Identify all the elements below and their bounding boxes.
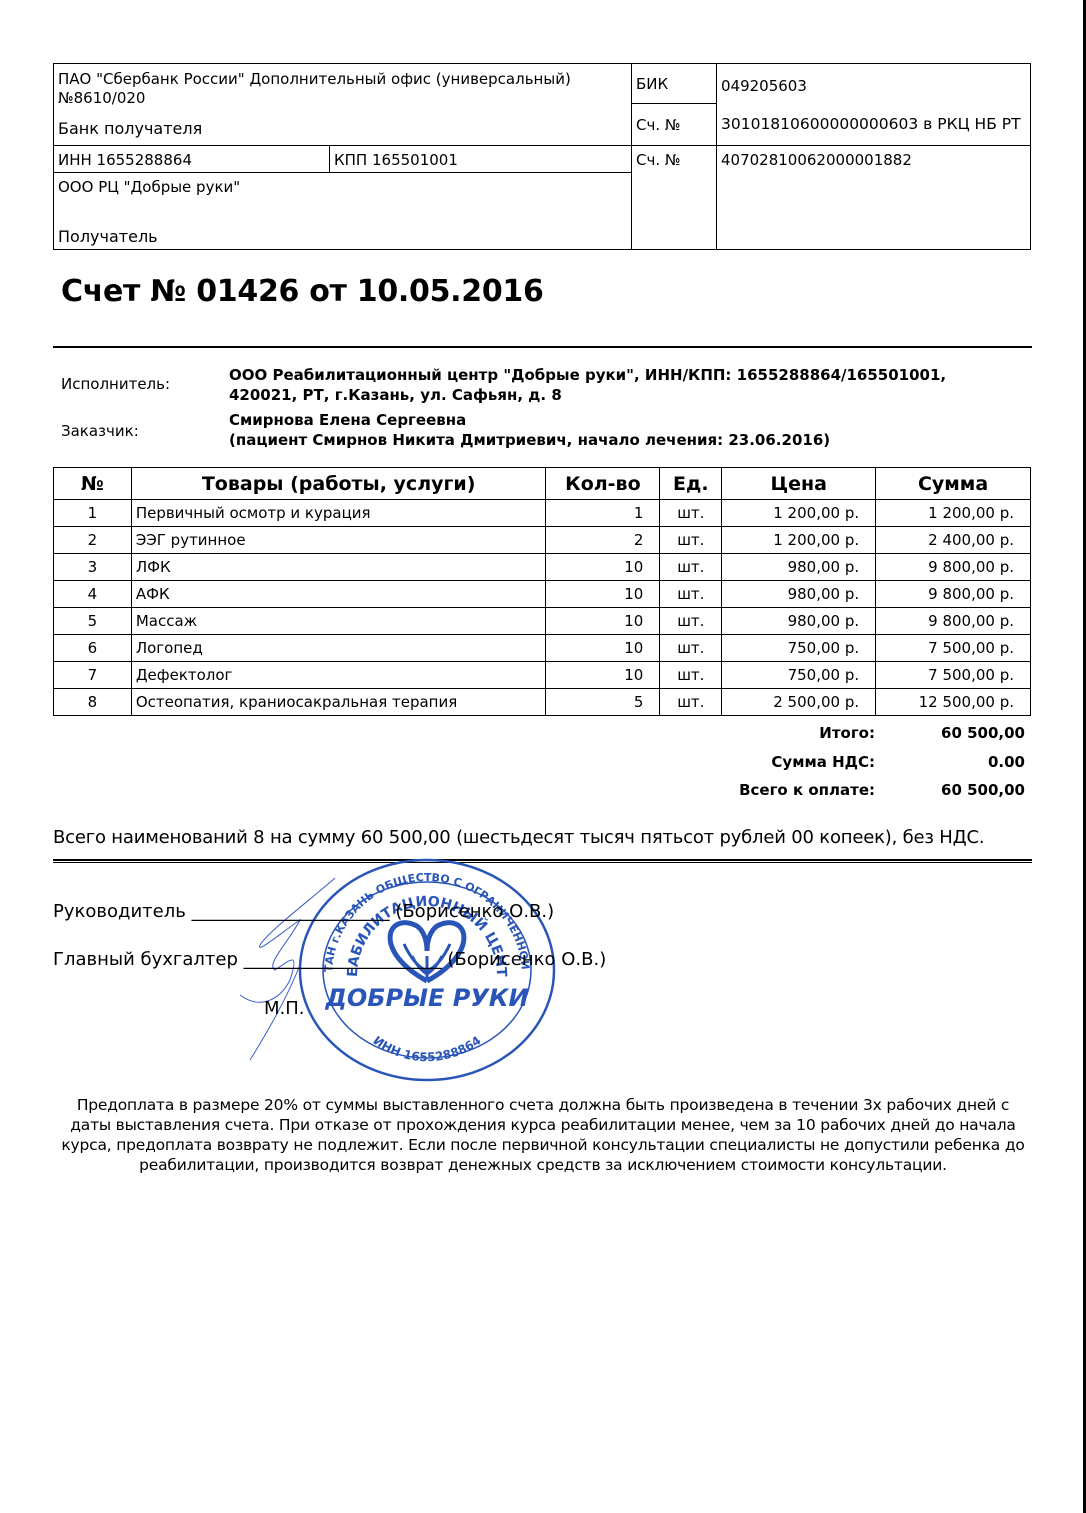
recipient-name: ООО РЦ "Добрые руки" (54, 178, 240, 197)
divider (54, 172, 631, 173)
col-header-qty: Кол-во (546, 468, 660, 500)
cell-name: Первичный осмотр и курация (131, 500, 546, 527)
cell-price: 980,00 р. (722, 581, 876, 608)
cell-sum: 9 800,00 р. (876, 608, 1031, 635)
cell-name: ЛФК (131, 554, 546, 581)
customer-value: Смирнова Елена Сергеевна (пациент Смирно… (229, 410, 830, 450)
company-stamp: РЕСПУБЛИКА ТАТАРСТАН г.КАЗАНЬ ОБЩЕСТВО С… (292, 856, 562, 1084)
svg-text:ИНН 1655288864: ИНН 1655288864 (370, 1033, 483, 1064)
cell-unit: шт. (660, 635, 722, 662)
subtotal-value: 60 500,00 (941, 724, 1025, 742)
cell-name: Остеопатия, краниосакральная терапия (131, 689, 546, 716)
bank-details-table: ПАО "Сбербанк России" Дополнительный офи… (53, 63, 1031, 250)
cell-sum: 1 200,00 р. (876, 500, 1031, 527)
cell-num: 3 (54, 554, 132, 581)
cell-unit: шт. (660, 527, 722, 554)
director-signature-line: Руководитель ______________________ (Бор… (53, 901, 554, 922)
cell-sum: 9 800,00 р. (876, 581, 1031, 608)
svg-text:ДОБРЫЕ РУКИ: ДОБРЫЕ РУКИ (324, 984, 528, 1012)
cell-sum: 7 500,00 р. (876, 662, 1031, 689)
inn-value: ИНН 1655288864 (54, 151, 192, 170)
customer-label: Заказчик: (61, 422, 139, 440)
account-label: Сч. № (632, 151, 680, 170)
cell-sum: 12 500,00 р. (876, 689, 1031, 716)
cell-price: 980,00 р. (722, 554, 876, 581)
divider (54, 145, 1031, 146)
corr-account-label: Сч. № (632, 116, 680, 135)
accountant-signature-line: Главный бухгалтер ______________________… (53, 949, 606, 970)
cell-qty: 10 (546, 662, 660, 689)
cell-qty: 5 (546, 689, 660, 716)
director-name: (Борисенко О.В.) (395, 901, 554, 922)
recipient-label: Получатель (54, 227, 158, 246)
table-row: 7Дефектолог10шт.750,00 р.7 500,00 р. (54, 662, 1031, 689)
cell-qty: 10 (546, 635, 660, 662)
cell-price: 1 200,00 р. (722, 500, 876, 527)
cell-num: 8 (54, 689, 132, 716)
cell-num: 5 (54, 608, 132, 635)
table-row: 2ЭЭГ рутинное2шт.1 200,00 р.2 400,00 р. (54, 527, 1031, 554)
cell-name: Массаж (131, 608, 546, 635)
executor-label: Исполнитель: (61, 375, 170, 393)
cell-price: 1 200,00 р. (722, 527, 876, 554)
items-table: № Товары (работы, услуги) Кол-во Ед. Цен… (53, 467, 1031, 716)
vat-value: 0.00 (988, 753, 1025, 771)
cell-sum: 7 500,00 р. (876, 635, 1031, 662)
account-value: 40702810062000001882 (717, 151, 912, 170)
customer-line-2: (пациент Смирнов Никита Дмитриевич, нача… (229, 430, 830, 450)
col-header-name: Товары (работы, услуги) (131, 468, 546, 500)
seal-label: М.П. (264, 998, 305, 1019)
cell-unit: шт. (660, 689, 722, 716)
executor-value: ООО Реабилитационный центр "Добрые руки"… (229, 365, 946, 405)
bik-value: 049205603 (717, 77, 807, 96)
table-row: 8Остеопатия, краниосакральная терапия5шт… (54, 689, 1031, 716)
cell-price: 750,00 р. (722, 662, 876, 689)
cell-price: 750,00 р. (722, 635, 876, 662)
cell-unit: шт. (660, 554, 722, 581)
table-row: 3ЛФК10шт.980,00 р.9 800,00 р. (54, 554, 1031, 581)
cell-price: 2 500,00 р. (722, 689, 876, 716)
corr-account-value: 30101810600000000603 в РКЦ НБ РТ (717, 115, 1021, 134)
table-header-row: № Товары (работы, услуги) Кол-во Ед. Цен… (54, 468, 1031, 500)
cell-name: ЭЭГ рутинное (131, 527, 546, 554)
executor-line-1: ООО Реабилитационный центр "Добрые руки"… (229, 365, 946, 385)
vat-label: Сумма НДС: (771, 753, 875, 771)
cell-qty: 1 (546, 500, 660, 527)
accountant-blank: ______________________ (244, 949, 442, 970)
accountant-label: Главный бухгалтер (53, 949, 238, 970)
total-value: 60 500,00 (941, 781, 1025, 799)
cell-price: 980,00 р. (722, 608, 876, 635)
prepayment-note: Предоплата в размере 20% от суммы выстав… (60, 1095, 1026, 1175)
col-header-price: Цена (722, 468, 876, 500)
col-header-sum: Сумма (876, 468, 1031, 500)
cell-num: 2 (54, 527, 132, 554)
col-header-num: № (54, 468, 132, 500)
subtotal-label: Итого: (819, 724, 875, 742)
cell-qty: 10 (546, 581, 660, 608)
cell-num: 7 (54, 662, 132, 689)
bank-label: Банк получателя (54, 119, 202, 138)
executor-line-2: 420021, РТ, г.Казань, ул. Сафьян, д. 8 (229, 385, 946, 405)
cell-name: Логопед (131, 635, 546, 662)
cell-num: 6 (54, 635, 132, 662)
accountant-name: (Борисенко О.В.) (447, 949, 606, 970)
director-label: Руководитель (53, 901, 186, 922)
cell-sum: 2 400,00 р. (876, 527, 1031, 554)
table-row: 4АФК10шт.980,00 р.9 800,00 р. (54, 581, 1031, 608)
cell-name: АФК (131, 581, 546, 608)
bank-name: ПАО "Сбербанк России" Дополнительный офи… (54, 70, 624, 108)
invoice-title: Счет № 01426 от 10.05.2016 (61, 274, 544, 309)
kpp-value: КПП 165501001 (330, 151, 458, 170)
total-label: Всего к оплате: (739, 781, 875, 799)
summary-text: Всего наименований 8 на сумму 60 500,00 … (53, 827, 984, 848)
table-row: 1Первичный осмотр и курация1шт.1 200,00 … (54, 500, 1031, 527)
bik-label: БИК (632, 75, 668, 94)
col-header-unit: Ед. (660, 468, 722, 500)
title-rule (53, 346, 1032, 348)
divider (631, 103, 716, 104)
cell-num: 1 (54, 500, 132, 527)
cell-sum: 9 800,00 р. (876, 554, 1031, 581)
cell-unit: шт. (660, 500, 722, 527)
cell-unit: шт. (660, 662, 722, 689)
cell-qty: 2 (546, 527, 660, 554)
cell-name: Дефектолог (131, 662, 546, 689)
director-blank: ______________________ (192, 901, 390, 922)
table-row: 5Массаж10шт.980,00 р.9 800,00 р. (54, 608, 1031, 635)
cell-qty: 10 (546, 554, 660, 581)
table-row: 6Логопед10шт.750,00 р.7 500,00 р. (54, 635, 1031, 662)
cell-unit: шт. (660, 608, 722, 635)
cell-num: 4 (54, 581, 132, 608)
cell-unit: шт. (660, 581, 722, 608)
cell-qty: 10 (546, 608, 660, 635)
customer-line-1: Смирнова Елена Сергеевна (229, 410, 830, 430)
